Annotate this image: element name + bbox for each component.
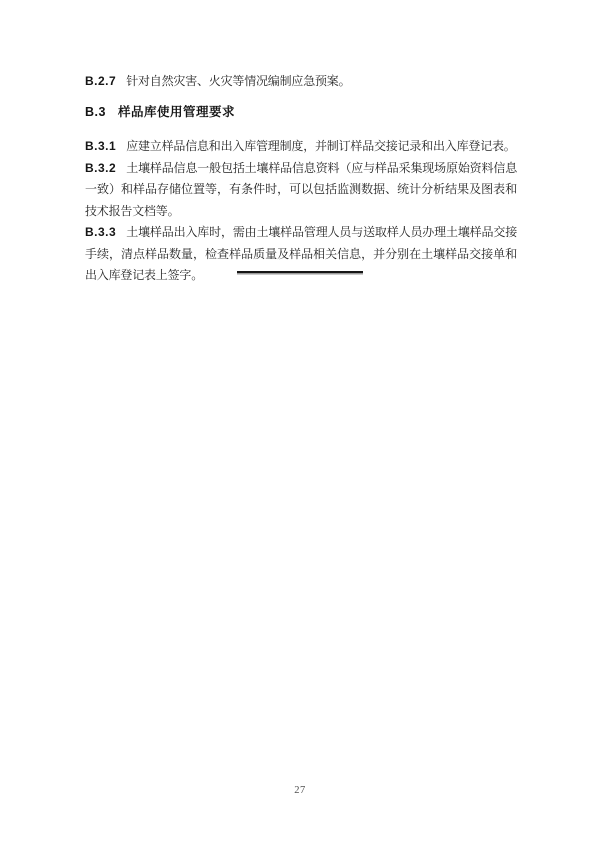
clause-number: B.3.3 bbox=[85, 225, 126, 239]
clause-b3-3: B.3.3土壤样品出入库时，需由土壤样品管理人员与送取样人员办理土壤样品交接手续… bbox=[85, 222, 517, 287]
clause-b2-7: B.2.7针对自然灾害、火灾等情况编制应急预案。 bbox=[85, 71, 517, 93]
clause-text: 应建立样品信息和出入库管理制度，并制订样品交接记录和出入库登记表。 bbox=[126, 139, 515, 153]
document-body: B.2.7针对自然灾害、火灾等情况编制应急预案。 B.3样品库使用管理要求 B.… bbox=[85, 0, 517, 287]
section-heading-number: B.3 bbox=[85, 105, 118, 119]
page-number: 27 bbox=[0, 785, 600, 797]
clause-b3-1: B.3.1应建立样品信息和出入库管理制度，并制订样品交接记录和出入库登记表。 bbox=[85, 136, 517, 158]
clause-text: 土壤样品出入库时，需由土壤样品管理人员与送取样人员办理土壤样品交接手续，清点样品… bbox=[85, 225, 517, 282]
end-of-text-rule bbox=[237, 271, 363, 273]
clause-number: B.3.1 bbox=[85, 139, 126, 153]
clause-number: B.2.7 bbox=[85, 74, 126, 88]
section-heading-b3: B.3样品库使用管理要求 bbox=[85, 102, 517, 124]
clause-b3-2: B.3.2土壤样品信息一般包括土壤样品信息资料（应与样品采集现场原始资料信息一致… bbox=[85, 158, 517, 223]
subclause-list: B.3.1应建立样品信息和出入库管理制度，并制订样品交接记录和出入库登记表。 B… bbox=[85, 136, 517, 287]
clause-text: 土壤样品信息一般包括土壤样品信息资料（应与样品采集现场原始资料信息一致）和样品存… bbox=[85, 161, 517, 218]
clause-number: B.3.2 bbox=[85, 161, 126, 175]
section-heading-title: 样品库使用管理要求 bbox=[118, 105, 235, 119]
document-page: B.2.7针对自然灾害、火灾等情况编制应急预案。 B.3样品库使用管理要求 B.… bbox=[0, 0, 600, 848]
clause-text: 针对自然灾害、火灾等情况编制应急预案。 bbox=[126, 74, 350, 88]
